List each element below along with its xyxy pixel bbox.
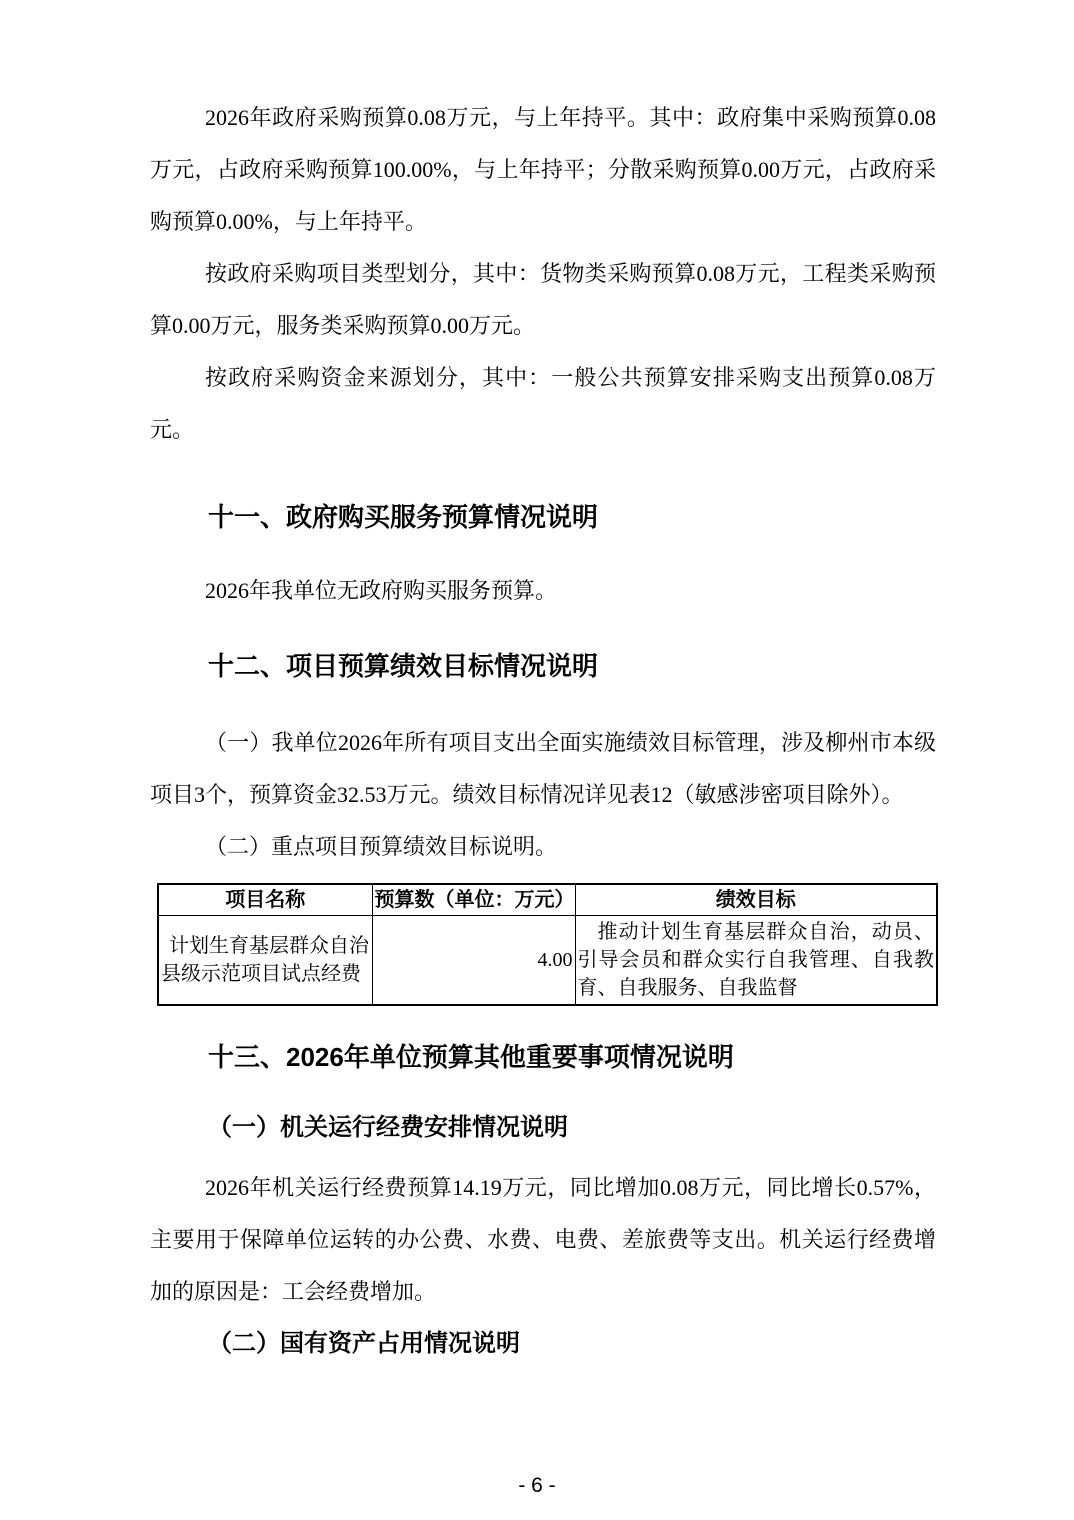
cell-project-name: 计划生育基层群众自治县级示范项目试点经费 <box>158 916 372 1006</box>
subheading-operating-expense: （一）机关运行经费安排情况说明 <box>150 1113 936 1143</box>
column-header-project-name: 项目名称 <box>158 884 372 916</box>
column-header-budget-amount: 预算数（单位：万元） <box>372 884 575 916</box>
paragraph-no-purchased-services: 2026年我单位无政府购买服务预算。 <box>150 565 936 617</box>
table-header-row: 项目名称 预算数（单位：万元） 绩效目标 <box>158 884 937 916</box>
paragraph-procurement-by-type: 按政府采购项目类型划分，其中：货物类采购预算0.08万元，工程类采购预算0.00… <box>150 248 936 352</box>
heading-section-11: 十一、政府购买服务预算情况说明 <box>150 500 936 534</box>
page-number: - 6 - <box>0 1474 1074 1498</box>
heading-section-12: 十二、项目预算绩效目标情况说明 <box>150 649 936 683</box>
subheading-state-owned-assets: （二）国有资产占用情况说明 <box>150 1329 936 1359</box>
paragraph-operating-expense: 2026年机关运行经费预算14.19万元，同比增加0.08万元，同比增长0.57… <box>150 1162 936 1318</box>
paragraph-performance-item-1: （一）我单位2026年所有项目支出全面实施绩效目标管理，涉及柳州市本级项目3个，… <box>150 717 936 821</box>
paragraph-procurement-by-fund: 按政府采购资金来源划分，其中：一般公共预算安排采购支出预算0.08万元。 <box>150 352 936 456</box>
paragraph-performance-item-2: （二）重点项目预算绩效目标说明。 <box>150 821 936 873</box>
heading-section-13: 十三、2026年单位预算其他重要事项情况说明 <box>150 1040 936 1074</box>
paragraph-procurement-overview: 2026年政府采购预算0.08万元，与上年持平。其中：政府集中采购预算0.08万… <box>150 92 936 248</box>
cell-budget-amount: 4.00 <box>372 916 575 1006</box>
table-row: 计划生育基层群众自治县级示范项目试点经费 4.00 推动计划生育基层群众自治，动… <box>158 916 937 1006</box>
performance-target-table: 项目名称 预算数（单位：万元） 绩效目标 计划生育基层群众自治县级示范项目试点经… <box>157 883 938 1006</box>
document-body: 2026年政府采购预算0.08万元，与上年持平。其中：政府集中采购预算0.08万… <box>150 92 936 1359</box>
document-page: 2026年政府采购预算0.08万元，与上年持平。其中：政府集中采购预算0.08万… <box>0 0 1074 1520</box>
column-header-performance-goal: 绩效目标 <box>575 884 937 916</box>
cell-performance-goal: 推动计划生育基层群众自治，动员、引导会员和群众实行自我管理、自我教育、自我服务、… <box>575 916 937 1006</box>
